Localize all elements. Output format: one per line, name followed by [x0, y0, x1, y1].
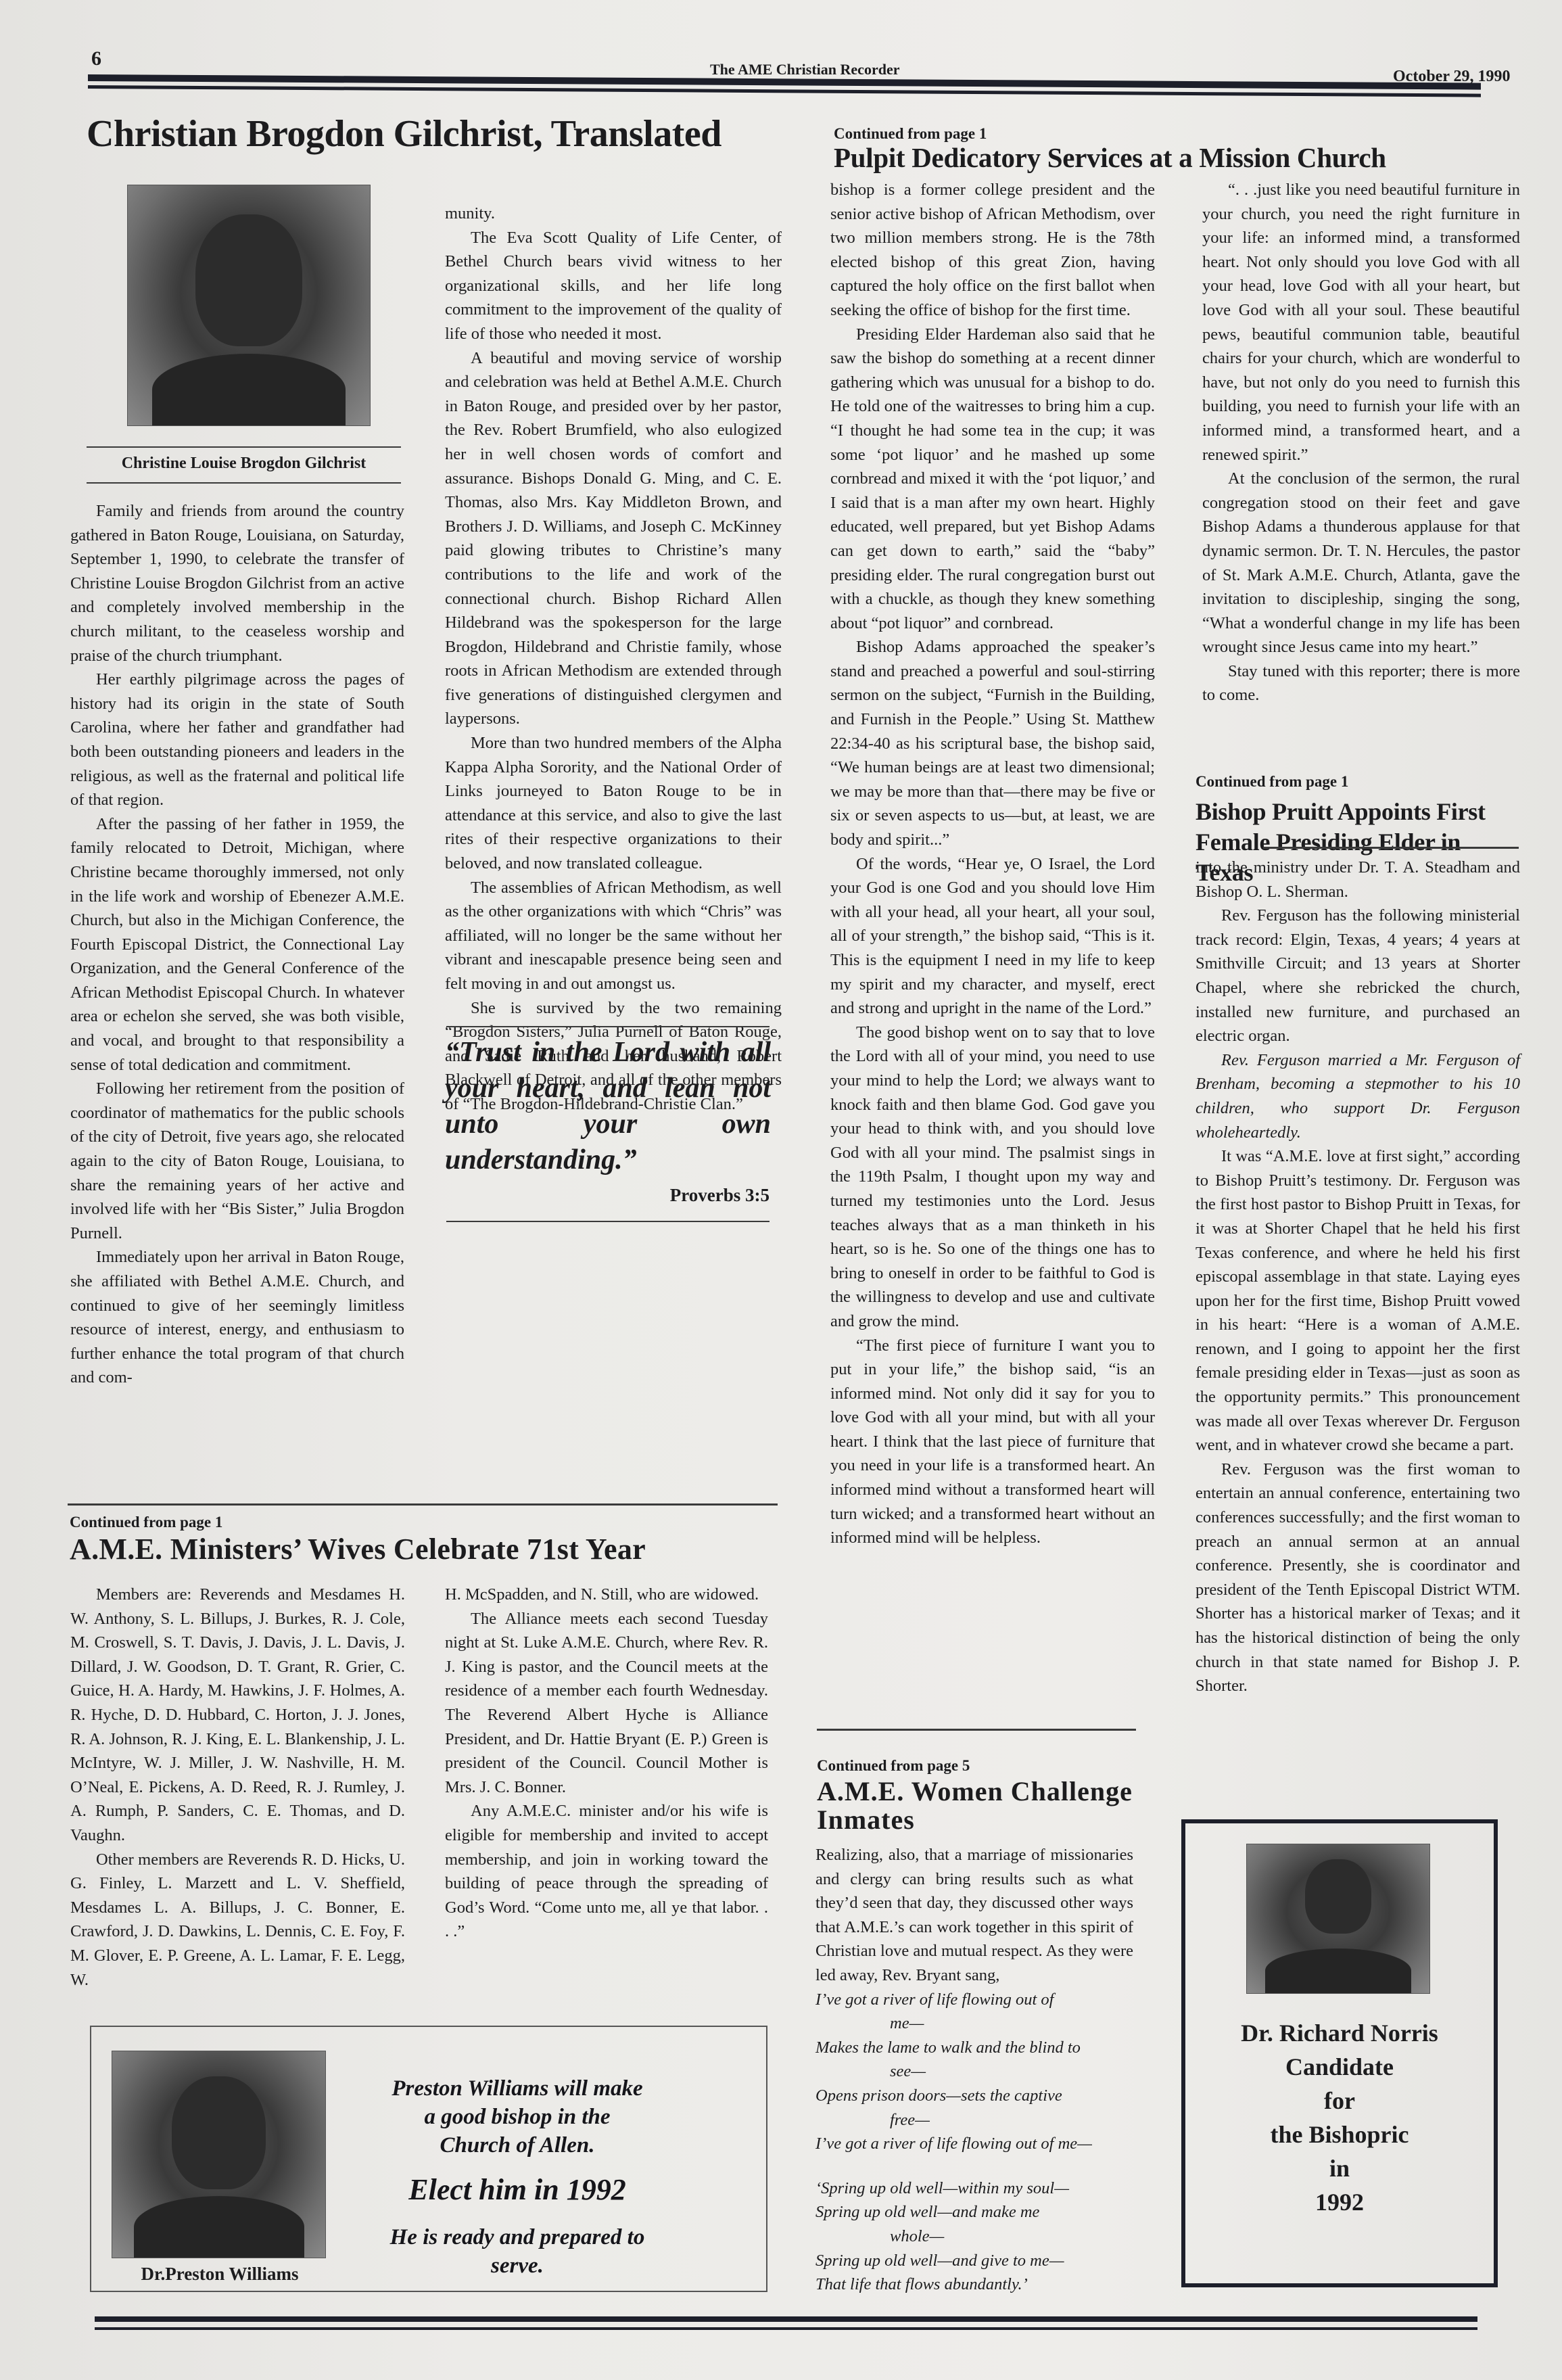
pulpit-column-1: bishop is a former college president and… — [830, 178, 1155, 1550]
footer-rule — [95, 2316, 1477, 2322]
preston-williams-photo — [112, 2051, 326, 2258]
norris-line: in — [1185, 2151, 1494, 2185]
song-line: Makes the lame to walk and the blind to — [815, 2036, 1133, 2060]
norris-line: for — [1185, 2084, 1494, 2118]
song-1: I’ve got a river of life flowing out of … — [815, 1988, 1133, 2156]
paragraph: Family and friends from around the count… — [70, 499, 404, 668]
richard-norris-photo — [1246, 1844, 1430, 1994]
pullquote-rule-bottom — [446, 1221, 770, 1222]
pullquote-reference: Proverbs 3:5 — [445, 1185, 770, 1206]
wives-kicker: Continued from page 1 — [70, 1514, 222, 1531]
paragraph: Rev. Ferguson has the following minister… — [1196, 904, 1520, 1048]
footer-rule-thin — [95, 2327, 1477, 2330]
wives-column-1: Members are: Reverends and Mesdames H. W… — [70, 1583, 405, 1992]
song-line: see— — [815, 2059, 1133, 2084]
ad-line-1: Preston Williams will make a good bishop… — [389, 2074, 646, 2160]
paragraph: Members are: Reverends and Mesdames H. W… — [70, 1583, 405, 1848]
headline-rule — [1263, 847, 1519, 849]
norris-line: Candidate — [1185, 2050, 1494, 2084]
pullquote-text: “Trust in the Lord with all your heart, … — [445, 1035, 771, 1178]
paragraph: The assemblies of African Methodism, as … — [445, 876, 782, 996]
paragraph: It was “A.M.E. love at first sight,” acc… — [1196, 1144, 1520, 1457]
paragraph: into the ministry under Dr. T. A. Steadh… — [1196, 856, 1520, 904]
norris-line: the Bishopric — [1185, 2118, 1494, 2151]
pruitt-column: into the ministry under Dr. T. A. Steadh… — [1196, 856, 1520, 1698]
paragraph: Presiding Elder Hardeman also said that … — [830, 323, 1155, 636]
ad-richard-norris: Dr. Richard Norris Candidate for the Bis… — [1181, 1819, 1498, 2287]
wives-headline: A.M.E. Ministers’ Wives Celebrate 71st Y… — [70, 1534, 646, 1565]
gilchrist-photo — [127, 185, 371, 426]
paragraph: munity. — [445, 202, 782, 226]
paragraph: “The first piece of furniture I want you… — [830, 1334, 1155, 1550]
section-divider — [817, 1729, 1136, 1731]
paragraph: A beautiful and moving service of worshi… — [445, 346, 782, 732]
pulpit-headline: Pulpit Dedicatory Services at a Mission … — [834, 143, 1386, 172]
paragraph: Of the words, “Hear ye, O Israel, the Lo… — [830, 852, 1155, 1021]
paragraph: At the conclusion of the sermon, the rur… — [1202, 467, 1520, 659]
norris-name: Dr. Richard Norris — [1185, 2016, 1494, 2050]
pulpit-column-2: “. . .just like you need beautiful furni… — [1202, 178, 1520, 707]
paragraph: The good bishop went on to say that to l… — [830, 1021, 1155, 1334]
gilchrist-headline: Christian Brogdon Gilchrist, Translated — [87, 115, 721, 153]
paragraph: Stay tuned with this reporter; there is … — [1202, 659, 1520, 707]
song-line: Spring up old well—and make me — [815, 2200, 1133, 2224]
gilchrist-column-2: munity. The Eva Scott Quality of Life Ce… — [445, 202, 782, 1117]
paragraph: The Eva Scott Quality of Life Center, of… — [445, 226, 782, 346]
publication-name: The AME Christian Recorder — [710, 61, 899, 78]
ad-preston-williams: Dr.Preston Williams Preston Williams wil… — [90, 2026, 767, 2292]
caption-rule-top — [87, 446, 401, 448]
paragraph: Her earthly pilgrimage across the pages … — [70, 668, 404, 812]
ad-line-2: Elect him in 1992 — [375, 2172, 659, 2207]
song-line: That life that flows abundantly.’ — [815, 2272, 1133, 2297]
song-2: ‘Spring up old well—within my soul— Spri… — [815, 2176, 1133, 2297]
song-line: free— — [815, 2108, 1133, 2132]
paragraph: After the passing of her father in 1959,… — [70, 812, 404, 1077]
paragraph: The Alliance meets each second Tuesday n… — [445, 1607, 768, 1800]
song-line: me— — [815, 2011, 1133, 2036]
norris-line: 1992 — [1185, 2185, 1494, 2219]
pullquote-rule-top — [446, 1026, 770, 1027]
paragraph: Realizing, also, that a marriage of miss… — [815, 1843, 1133, 1988]
pruitt-kicker: Continued from page 1 — [1196, 773, 1348, 791]
preston-williams-caption: Dr.Preston Williams — [112, 2264, 328, 2285]
song-line: I’ve got a river of life flowing out of — [815, 1988, 1133, 2012]
paragraph: Other members are Reverends R. D. Hicks,… — [70, 1848, 405, 1992]
paragraph: Bishop Adams approached the speaker’s st… — [830, 635, 1155, 851]
gilchrist-photo-caption: Christine Louise Brogdon Gilchrist — [87, 454, 401, 473]
paragraph: “. . .just like you need beautiful furni… — [1202, 178, 1520, 467]
paragraph: bishop is a former college president and… — [830, 178, 1155, 323]
gilchrist-column-1: Family and friends from around the count… — [70, 499, 404, 1390]
song-line: I’ve got a river of life flowing out of … — [815, 2132, 1133, 2156]
caption-rule-bottom — [87, 482, 401, 484]
song-line: Spring up old well—and give to me— — [815, 2249, 1133, 2273]
section-divider — [68, 1503, 778, 1506]
song-line: Opens prison doors—sets the captive — [815, 2084, 1133, 2108]
paragraph: H. McSpadden, and N. Still, who are wido… — [445, 1583, 768, 1607]
page-number: 6 — [91, 47, 101, 70]
song-line: whole— — [815, 2224, 1133, 2249]
song-line: ‘Spring up old well—within my soul— — [815, 2176, 1133, 2201]
wives-column-2: H. McSpadden, and N. Still, who are wido… — [445, 1583, 768, 1944]
newspaper-page: 6 The AME Christian Recorder October 29,… — [0, 0, 1562, 2380]
paragraph: Following her retirement from the positi… — [70, 1077, 404, 1245]
women-column: Realizing, also, that a marriage of miss… — [815, 1843, 1133, 2297]
women-headline: A.M.E. Women Challenge Inmates — [817, 1777, 1141, 1834]
paragraph: Rev. Ferguson married a Mr. Ferguson of … — [1196, 1048, 1520, 1144]
norris-ad-text: Dr. Richard Norris Candidate for the Bis… — [1185, 2016, 1494, 2219]
paragraph: More than two hundred members of the Alp… — [445, 731, 782, 876]
paragraph: Rev. Ferguson was the first woman to ent… — [1196, 1457, 1520, 1698]
women-kicker: Continued from page 5 — [817, 1757, 970, 1775]
ad-line-3: He is ready and prepared to serve. — [389, 2223, 646, 2280]
paragraph: Immediately upon her arrival in Baton Ro… — [70, 1245, 404, 1390]
pulpit-kicker: Continued from page 1 — [834, 125, 987, 143]
paragraph: Any A.M.E.C. minister and/or his wife is… — [445, 1799, 768, 1944]
